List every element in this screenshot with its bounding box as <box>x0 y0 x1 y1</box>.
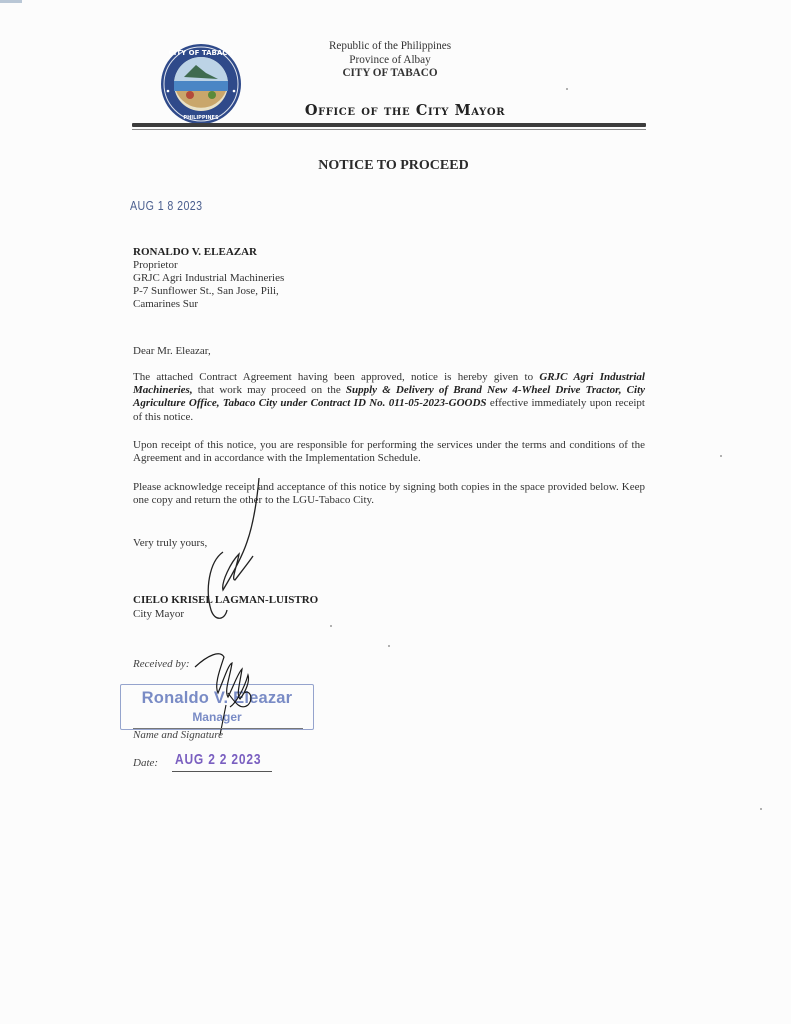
date-label: Date: <box>133 757 158 769</box>
name-signature-label: Name and Signature <box>133 729 223 741</box>
office-title: Office of the City Mayor <box>290 102 520 119</box>
acknowledgement-date-stamp: AUG 2 2 2023 <box>175 751 261 768</box>
scan-speck <box>330 625 332 627</box>
scan-speck <box>388 645 390 647</box>
paragraph-responsibility: Upon receipt of this notice, you are res… <box>133 439 645 465</box>
city-line: CITY OF TABACO <box>250 67 530 81</box>
signatory-name: CIELO KRISEL LAGMAN-LUISTRO <box>133 594 318 608</box>
country-line: Republic of the Philippines <box>250 40 530 54</box>
stamp-role: Manager <box>121 710 313 724</box>
received-date-stamp: AUG 1 8 2023 <box>130 198 202 213</box>
seal-bottom-text: PHILIPPINES <box>183 115 219 121</box>
stamp-name: Ronaldo V. Eleazar <box>121 689 313 708</box>
addressee-address-2: Camarines Sur <box>133 298 284 311</box>
scan-speck <box>566 88 568 90</box>
letterhead-text: Republic of the Philippines Province of … <box>250 40 530 81</box>
province-line: Province of Albay <box>250 54 530 68</box>
closing: Very truly yours, <box>133 537 207 549</box>
city-seal-icon: CITY OF TABACO PHILIPPINES <box>160 43 242 125</box>
addressee-company: GRJC Agri Industrial Machineries <box>133 272 284 285</box>
paragraph-acknowledge: Please acknowledge receipt and acceptanc… <box>133 481 645 507</box>
header-rule <box>132 123 646 127</box>
document-title: NOTICE TO PROCEED <box>0 158 791 174</box>
addressee-address-1: P-7 Sunflower St., San Jose, Pili, <box>133 285 284 298</box>
scan-edge-mark <box>0 0 22 3</box>
signatory-block: CIELO KRISEL LAGMAN-LUISTRO City Mayor <box>133 594 318 621</box>
paragraph-notice: The attached Contract Agreement having b… <box>133 371 645 424</box>
scan-speck <box>760 808 762 810</box>
date-line <box>172 771 272 772</box>
salutation: Dear Mr. Eleazar, <box>133 345 645 358</box>
addressee-block: RONALDO V. ELEAZAR Proprietor GRJC Agri … <box>133 246 284 311</box>
seal-top-text: CITY OF TABACO <box>169 49 234 57</box>
scanned-letter-page: CITY OF TABACO PHILIPPINES Republic of t… <box>0 0 791 1024</box>
addressee-position: Proprietor <box>133 259 284 272</box>
header-rule-thin <box>132 129 646 130</box>
scan-speck <box>720 455 722 457</box>
signatory-title: City Mayor <box>133 608 318 622</box>
received-by-label: Received by: <box>133 658 189 670</box>
recipient-name-stamp: Ronaldo V. Eleazar Manager <box>120 684 314 730</box>
addressee-name: RONALDO V. ELEAZAR <box>133 246 284 259</box>
